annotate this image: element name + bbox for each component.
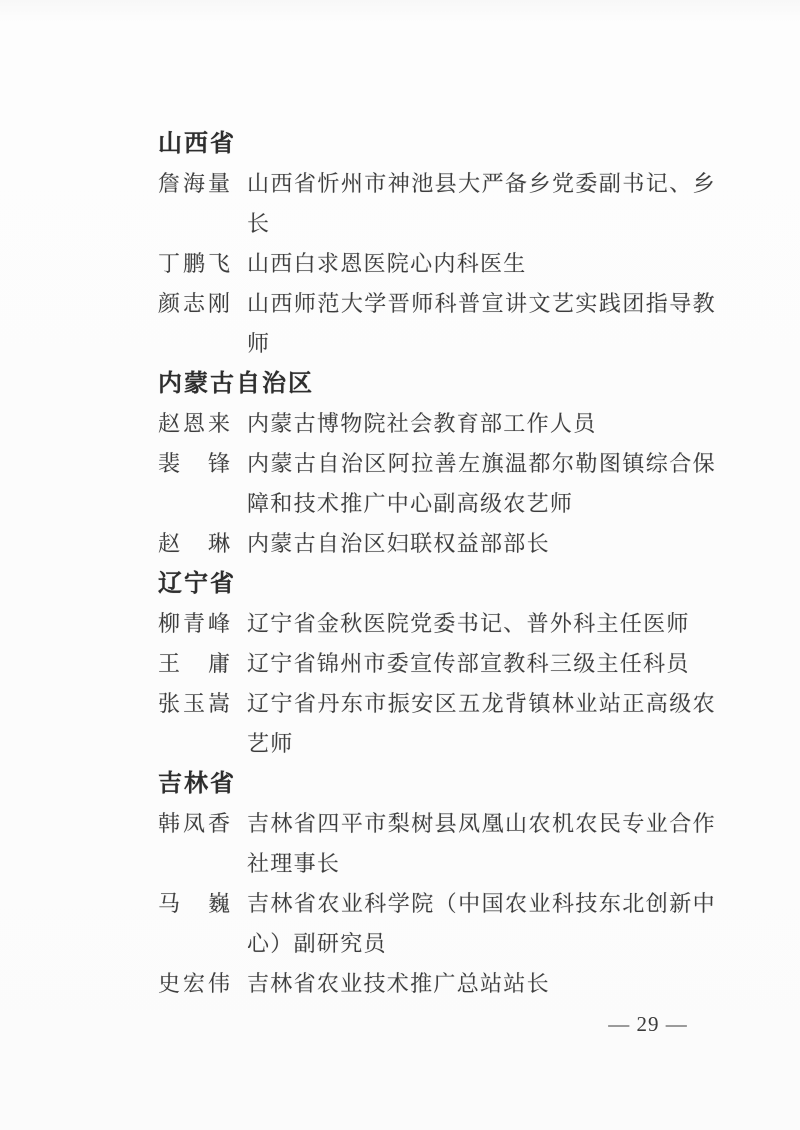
person-entry: 颜志刚 山西师范大学晋师科普宣讲文艺实践团指导教师	[158, 284, 716, 364]
person-entry: 赵恩来 内蒙古博物院社会教育部工作人员	[158, 404, 716, 444]
person-title: 辽宁省丹东市振安区五龙背镇林业站正高级农艺师	[247, 684, 716, 764]
province-heading: 吉林省	[158, 764, 716, 804]
person-entry: 张玉嵩 辽宁省丹东市振安区五龙背镇林业站正高级农艺师	[158, 684, 716, 764]
person-title: 内蒙古自治区妇联权益部部长	[247, 524, 716, 564]
province-section-jilin: 吉林省 韩凤香 吉林省四平市梨树县凤凰山农机农民专业合作社理事长 马 巍 吉林省…	[158, 764, 716, 1004]
person-title: 山西省忻州市神池县大严备乡党委副书记、乡长	[247, 164, 716, 244]
person-title: 吉林省四平市梨树县凤凰山农机农民专业合作社理事长	[247, 804, 716, 884]
person-title: 内蒙古自治区阿拉善左旗温都尔勒图镇综合保障和技术推广中心副高级农艺师	[247, 444, 716, 524]
person-title: 吉林省农业技术推广总站站长	[247, 964, 716, 1004]
person-entry: 裴 锋 内蒙古自治区阿拉善左旗温都尔勒图镇综合保障和技术推广中心副高级农艺师	[158, 444, 716, 524]
person-title: 内蒙古博物院社会教育部工作人员	[247, 404, 716, 444]
honoree-roster: 山西省 詹海量 山西省忻州市神池县大严备乡党委副书记、乡长 丁鹏飞 山西白求恩医…	[158, 124, 716, 1004]
document-page: 山西省 詹海量 山西省忻州市神池县大严备乡党委副书记、乡长 丁鹏飞 山西白求恩医…	[0, 0, 800, 1130]
person-name: 柳青峰	[158, 604, 238, 644]
province-section-shanxi: 山西省 詹海量 山西省忻州市神池县大严备乡党委副书记、乡长 丁鹏飞 山西白求恩医…	[158, 124, 716, 364]
person-entry: 赵 琳 内蒙古自治区妇联权益部部长	[158, 524, 716, 564]
person-name: 赵 琳	[158, 524, 238, 564]
person-name: 马 巍	[158, 884, 238, 924]
person-entry: 柳青峰 辽宁省金秋医院党委书记、普外科主任医师	[158, 604, 716, 644]
province-heading: 辽宁省	[158, 564, 716, 604]
province-section-neimenggu: 内蒙古自治区 赵恩来 内蒙古博物院社会教育部工作人员 裴 锋 内蒙古自治区阿拉善…	[158, 364, 716, 564]
person-name: 裴 锋	[158, 444, 238, 484]
person-name: 史宏伟	[158, 964, 238, 1004]
province-heading: 山西省	[158, 124, 716, 164]
person-name: 颜志刚	[158, 284, 238, 324]
person-title: 辽宁省锦州市委宣传部宣教科三级主任科员	[247, 644, 716, 684]
person-entry: 丁鹏飞 山西白求恩医院心内科医生	[158, 244, 716, 284]
person-name: 张玉嵩	[158, 684, 238, 724]
person-entry: 詹海量 山西省忻州市神池县大严备乡党委副书记、乡长	[158, 164, 716, 244]
person-entry: 韩凤香 吉林省四平市梨树县凤凰山农机农民专业合作社理事长	[158, 804, 716, 884]
person-name: 丁鹏飞	[158, 244, 238, 284]
page-number: — 29 —	[560, 1004, 736, 1044]
person-title: 辽宁省金秋医院党委书记、普外科主任医师	[247, 604, 716, 644]
person-title: 山西师范大学晋师科普宣讲文艺实践团指导教师	[247, 284, 716, 364]
person-entry: 史宏伟 吉林省农业技术推广总站站长	[158, 964, 716, 1004]
person-name: 王 庸	[158, 644, 238, 684]
person-entry: 王 庸 辽宁省锦州市委宣传部宣教科三级主任科员	[158, 644, 716, 684]
person-entry: 马 巍 吉林省农业科学院（中国农业科技东北创新中心）副研究员	[158, 884, 716, 964]
province-section-liaoning: 辽宁省 柳青峰 辽宁省金秋医院党委书记、普外科主任医师 王 庸 辽宁省锦州市委宣…	[158, 564, 716, 764]
person-title: 山西白求恩医院心内科医生	[247, 244, 716, 284]
person-name: 赵恩来	[158, 404, 238, 444]
person-title: 吉林省农业科学院（中国农业科技东北创新中心）副研究员	[247, 884, 716, 964]
province-heading: 内蒙古自治区	[158, 364, 716, 404]
person-name: 詹海量	[158, 164, 238, 204]
person-name: 韩凤香	[158, 804, 238, 844]
